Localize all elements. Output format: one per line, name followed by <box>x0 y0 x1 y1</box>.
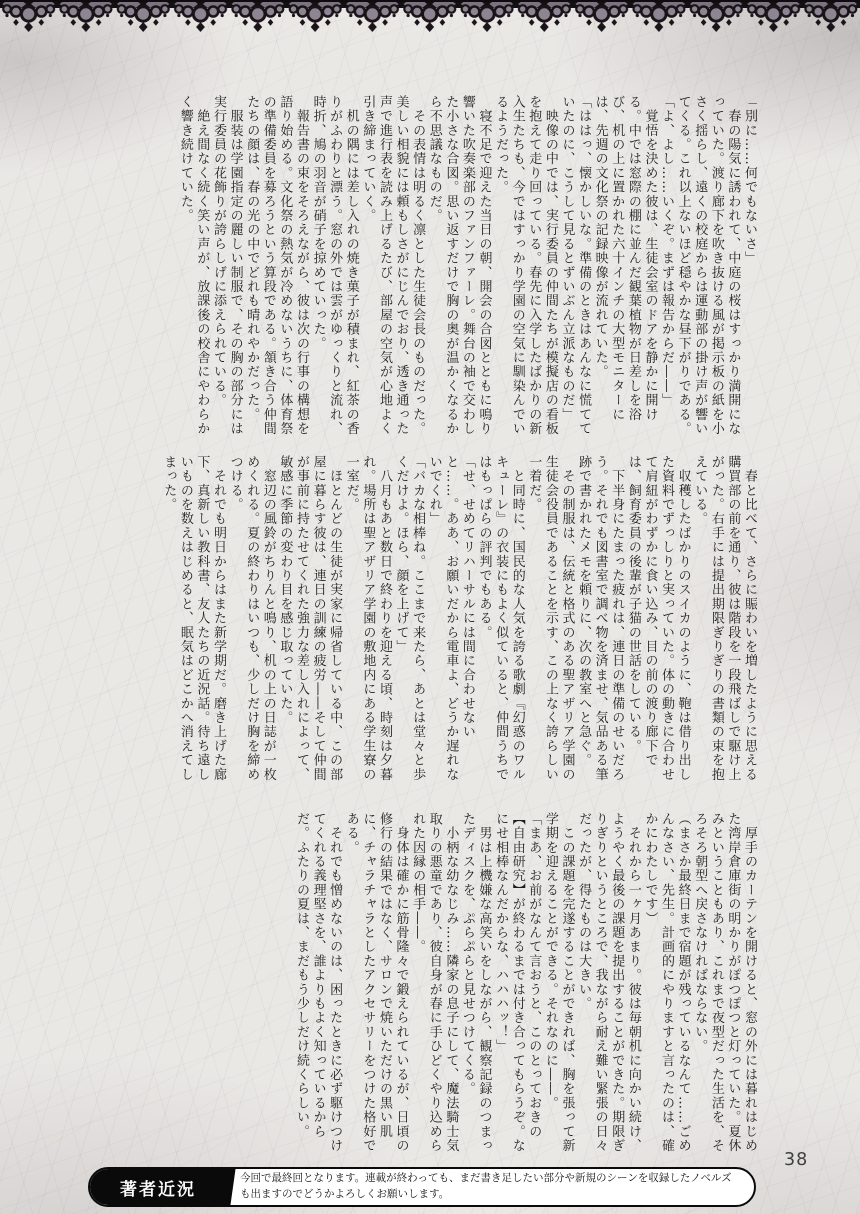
author-note-label: 著者近況 <box>90 1169 226 1205</box>
novel-text-band-top: 「別に……何でもないさ」 春の陽気に誘われて、中庭の桜はすっかり満開になっていた… <box>90 95 757 447</box>
novel-text-band-bottom: 厚手のカーテンを開けると、窓の外には暮れはじめた湾岸倉庫街の明かりがぽつぽつと灯… <box>90 812 757 1158</box>
lace-border-ornament <box>0 0 860 32</box>
page-number: 38 <box>784 1150 808 1170</box>
author-note-message-text: 今回で最終回となります。連載が終わっても、まだ書き足したい部分や新規のシーンを収… <box>240 1171 740 1203</box>
novel-text-band-middle: 春と比べて、さらに賑わいを増したように思える購買部の前を通り、彼は階段を一段飛ば… <box>90 455 757 793</box>
book-page: 「別に……何でもないさ」 春の陽気に誘われて、中庭の桜はすっかり満開になっていた… <box>0 0 860 1214</box>
author-note-bar: 著者近況 今回で最終回となります。連載が終わっても、まだ書き足したい部分や新規の… <box>88 1167 756 1207</box>
author-note-message: 今回で最終回となります。連載が終わっても、まだ書き足したい部分や新規のシーンを収… <box>226 1169 754 1205</box>
